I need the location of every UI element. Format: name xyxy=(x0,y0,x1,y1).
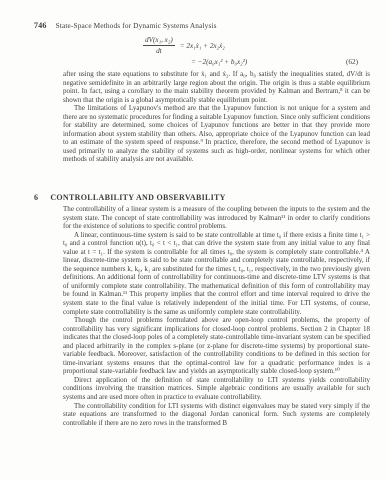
running-head-title: State-Space Methods for Dynamic Systems … xyxy=(56,21,217,30)
body-paragraph: A linear, continuous-time system is said… xyxy=(63,231,370,316)
body-paragraph: The limitations of Lyapunov's method are… xyxy=(63,104,370,164)
equation-line-2: = −2(a₀x₁² + b₀x₂²) xyxy=(63,58,370,66)
body-paragraph: after using the state equations to subst… xyxy=(63,70,370,104)
intro-text-block: after using the state equations to subst… xyxy=(63,70,370,164)
body-paragraph: Though the control problems formulated a… xyxy=(63,316,370,376)
body-paragraph: Direct application of the definition of … xyxy=(63,376,370,402)
section-heading: 6 CONTROLLABILITY AND OBSERVABILITY xyxy=(34,193,226,202)
body-paragraph: The controllability condition for LTI sy… xyxy=(63,402,370,428)
body-paragraph: The controllability of a linear system i… xyxy=(63,205,370,231)
section-title: CONTROLLABILITY AND OBSERVABILITY xyxy=(50,193,225,202)
equation-number-label: (62) xyxy=(346,58,358,66)
equation-fraction: dV(x₁, x₂) dt xyxy=(143,36,175,55)
equation-62: dV(x₁, x₂) dt = 2x₁ẋ₁ + 2x₂ẋ₂ = −2(a₀x₁²… xyxy=(63,36,370,66)
section-number: 6 xyxy=(34,193,38,202)
equation-rhs-line-1: = 2x₁ẋ₁ + 2x₂ẋ₂ xyxy=(180,42,225,50)
page-number: 746 xyxy=(34,21,47,30)
book-page: 746 State-Space Methods for Dynamic Syst… xyxy=(0,0,388,480)
equation-rhs-line-2: = −2(a₀x₁² + b₀x₂²) xyxy=(191,58,247,66)
equation-denominator: dt xyxy=(156,46,162,55)
section-text-block: The controllability of a linear system i… xyxy=(63,205,370,427)
running-head: 746 State-Space Methods for Dynamic Syst… xyxy=(34,21,217,30)
equation-numerator: dV(x₁, x₂) xyxy=(143,36,175,46)
equation-line-1: dV(x₁, x₂) dt = 2x₁ẋ₁ + 2x₂ẋ₂ xyxy=(63,36,370,55)
